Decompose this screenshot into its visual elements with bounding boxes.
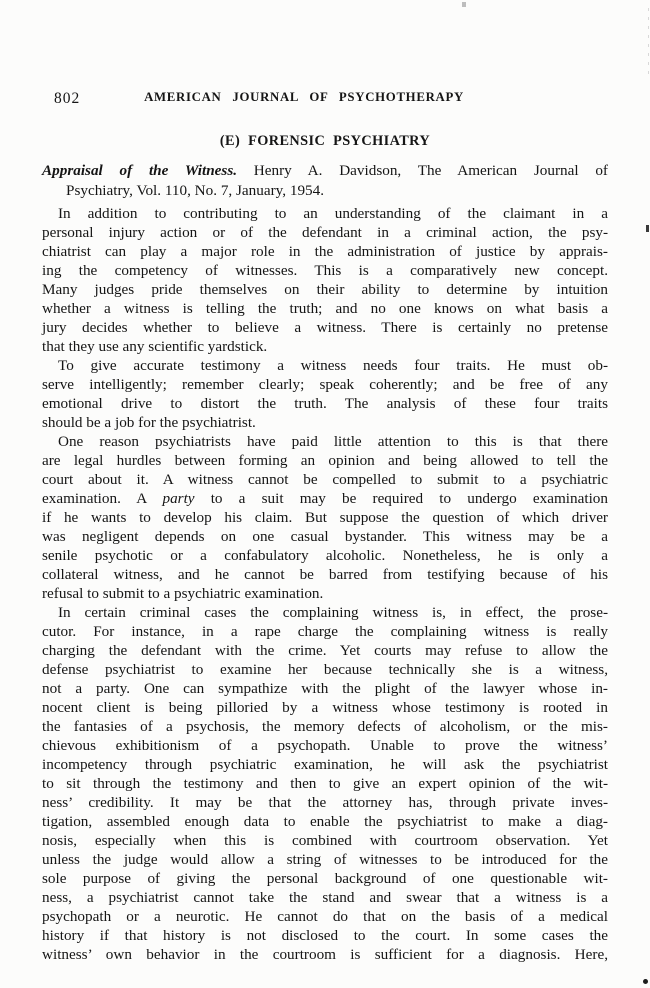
- text-line: incompetency through psychiatric examina…: [42, 755, 608, 774]
- text-line: personal injury action or of the defenda…: [42, 223, 608, 242]
- italic-term: party: [162, 490, 194, 507]
- journal-title: AMERICAN JOURNAL OF PSYCHOTHERAPY: [21, 90, 587, 105]
- text-line: One reason psychiatrists have paid littl…: [42, 432, 608, 451]
- text-line: ness’ credibility. It may be that the at…: [42, 793, 608, 812]
- text-line: psychopath or a neurotic. He cannot do t…: [42, 907, 608, 926]
- text-line: if he wants to develop his claim. But su…: [42, 508, 608, 527]
- text-line: witness’ own behavior in the courtroom i…: [42, 945, 608, 964]
- scanned-journal-page: 802 AMERICAN JOURNAL OF PSYCHOTHERAPY (E…: [0, 0, 650, 988]
- text-line: tigation, assembled enough data to enabl…: [42, 812, 608, 831]
- running-header: 802 AMERICAN JOURNAL OF PSYCHOTHERAPY: [42, 90, 608, 110]
- text-line: that they use any scientific yardstick.: [42, 337, 608, 356]
- text-line: examination. A party to a suit may be re…: [42, 489, 608, 508]
- text-line: whether a witness is telling the truth; …: [42, 299, 608, 318]
- text-line: defense psychiatrist to examine her beca…: [42, 660, 608, 679]
- citation-author-journal: Henry A. Davidson, The American Journal …: [237, 162, 608, 179]
- citation-volume-line: Psychiatry, Vol. 110, No. 7, January, 19…: [42, 181, 608, 201]
- paragraph-1: In addition to contributing to an unders…: [42, 204, 608, 356]
- text-line: not a party. One can sympathize with the…: [42, 679, 608, 698]
- text-line: jury decides whether to believe a witnes…: [42, 318, 608, 337]
- paragraph-3: One reason psychiatrists have paid littl…: [42, 432, 608, 603]
- scan-artifact: [643, 979, 648, 984]
- citation: Appraisal of the Witness. Henry A. David…: [42, 161, 608, 201]
- text-line: senile psychotic or a confabulatory alco…: [42, 546, 608, 565]
- text-line: Many judges pride themselves on their ab…: [42, 280, 608, 299]
- text-line: collateral witness, and he cannot be bar…: [42, 565, 608, 584]
- text-line: unless the judge would allow a string of…: [42, 850, 608, 869]
- text-line: In addition to contributing to an unders…: [42, 204, 608, 223]
- text-line: charging the defendant with the crime. Y…: [42, 641, 608, 660]
- article-body: In addition to contributing to an unders…: [42, 204, 608, 964]
- text-line: chiatrist can play a major role in the a…: [42, 242, 608, 261]
- paragraph-4: In certain criminal cases the complainin…: [42, 603, 608, 964]
- text-line: In certain criminal cases the complainin…: [42, 603, 608, 622]
- text-line: nosis, especially when this is combined …: [42, 831, 608, 850]
- text-line: serve intelligently; remember clearly; s…: [42, 375, 608, 394]
- text-line: ing the competency of witnesses. This is…: [42, 261, 608, 280]
- text-line: the fantasies of a psychosis, the memory…: [42, 717, 608, 736]
- text-line: nocent client is being pilloried by a wi…: [42, 698, 608, 717]
- text-line: should be a job for the psychiatrist.: [42, 413, 608, 432]
- text-line: was negligent depends on one casual byst…: [42, 527, 608, 546]
- section-heading: (E) FORENSIC PSYCHIATRY: [42, 133, 608, 150]
- citation-line: Appraisal of the Witness. Henry A. David…: [42, 161, 608, 181]
- text-run: to a suit may be required to undergo exa…: [195, 490, 608, 507]
- text-line: are legal hurdles between forming an opi…: [42, 451, 608, 470]
- text-run: examination. A: [42, 490, 162, 507]
- text-line: To give accurate testimony a witness nee…: [42, 356, 608, 375]
- text-line: history if that history is not disclosed…: [42, 926, 608, 945]
- paragraph-2: To give accurate testimony a witness nee…: [42, 356, 608, 432]
- page-content: 802 AMERICAN JOURNAL OF PSYCHOTHERAPY (E…: [0, 0, 650, 964]
- citation-article-title: Appraisal of the Witness.: [42, 162, 237, 179]
- text-line: refusal to submit to a psychiatric exami…: [42, 584, 608, 603]
- text-line: sole purpose of giving the personal back…: [42, 869, 608, 888]
- text-line: to sit through the testimony and then to…: [42, 774, 608, 793]
- text-line: chievous exhibitionism of a psychopath. …: [42, 736, 608, 755]
- text-line: emotional drive to distort the truth. Th…: [42, 394, 608, 413]
- text-line: cutor. For instance, in a rape charge th…: [42, 622, 608, 641]
- text-line: ness, a psychiatrist cannot take the sta…: [42, 888, 608, 907]
- text-line: court about it. A witness cannot be comp…: [42, 470, 608, 489]
